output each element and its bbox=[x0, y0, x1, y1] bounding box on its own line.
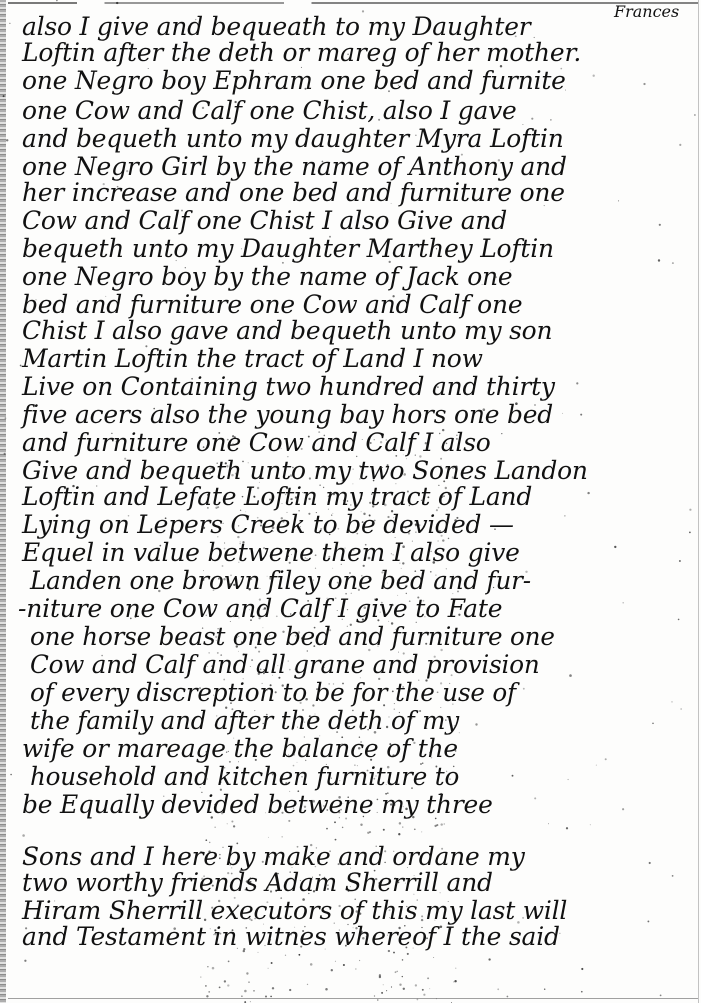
text-line: the family and after the deth of my bbox=[30, 706, 690, 735]
text-line: one horse beast one bed and furniture on… bbox=[30, 622, 690, 651]
text-line: her increase and one bed and furniture o… bbox=[22, 178, 690, 207]
text-line: Lying on Lepers Creek to be devided — bbox=[22, 510, 690, 539]
text-line: Equel in value betwene them I also give bbox=[22, 538, 690, 567]
text-line: one Negro boy Ephram one bed and furnite bbox=[22, 66, 690, 95]
text-line: five acers also the young bay hors one b… bbox=[22, 400, 690, 429]
text-line: Live on Containing two hundred and thirt… bbox=[22, 372, 690, 401]
text-line: Loftin after the deth or mareg of her mo… bbox=[22, 38, 690, 67]
text-line: and bequeth unto my daughter Myra Loftin bbox=[22, 124, 690, 153]
document-page: Frances also I give and bequeath to my D… bbox=[0, 0, 701, 1003]
text-line: also I give and bequeath to my Daughter bbox=[22, 12, 690, 41]
text-line: Landen one brown filey one bed and fur- bbox=[30, 566, 690, 595]
text-line: one Negro boy by the name of Jack one bbox=[22, 262, 690, 291]
handwritten-text-block: also I give and bequeath to my DaughterL… bbox=[0, 0, 701, 1003]
text-line: Cow and Calf one Chist I also Give and bbox=[22, 206, 690, 235]
text-line: Give and bequeth unto my two Sones Lando… bbox=[22, 456, 690, 485]
text-line: one Negro Girl by the name of Anthony an… bbox=[22, 152, 690, 181]
text-line: and furniture one Cow and Calf I also bbox=[22, 428, 690, 457]
text-line: Loftin and Lefate Loftin my tract of Lan… bbox=[22, 482, 690, 511]
text-line: of every discreption to be for the use o… bbox=[30, 678, 690, 707]
text-line: and Testament in witnes whereof I the sa… bbox=[22, 922, 690, 951]
text-line: Hiram Sherrill executors of this my last… bbox=[22, 896, 690, 925]
text-line: wife or mareage the balance of the bbox=[22, 734, 690, 763]
text-line: bequeth unto my Daughter Marthey Loftin bbox=[22, 234, 690, 263]
text-line: be Equally devided betwene my three bbox=[22, 790, 690, 819]
text-line: two worthy friends Adam Sherrill and bbox=[22, 868, 690, 897]
text-line: Cow and Calf and all grane and provision bbox=[30, 650, 690, 679]
text-line: household and kitchen furniture to bbox=[30, 762, 690, 791]
text-line: -niture one Cow and Calf I give to Fate bbox=[18, 594, 688, 623]
text-line: Martin Loftin the tract of Land I now bbox=[22, 344, 690, 373]
text-line: Sons and I here by make and ordane my bbox=[22, 842, 690, 871]
text-line: Chist I also gave and bequeth unto my so… bbox=[22, 316, 690, 345]
text-line: one Cow and Calf one Chist, also I gave bbox=[22, 96, 690, 125]
text-line: bed and furniture one Cow and Calf one bbox=[22, 290, 690, 319]
